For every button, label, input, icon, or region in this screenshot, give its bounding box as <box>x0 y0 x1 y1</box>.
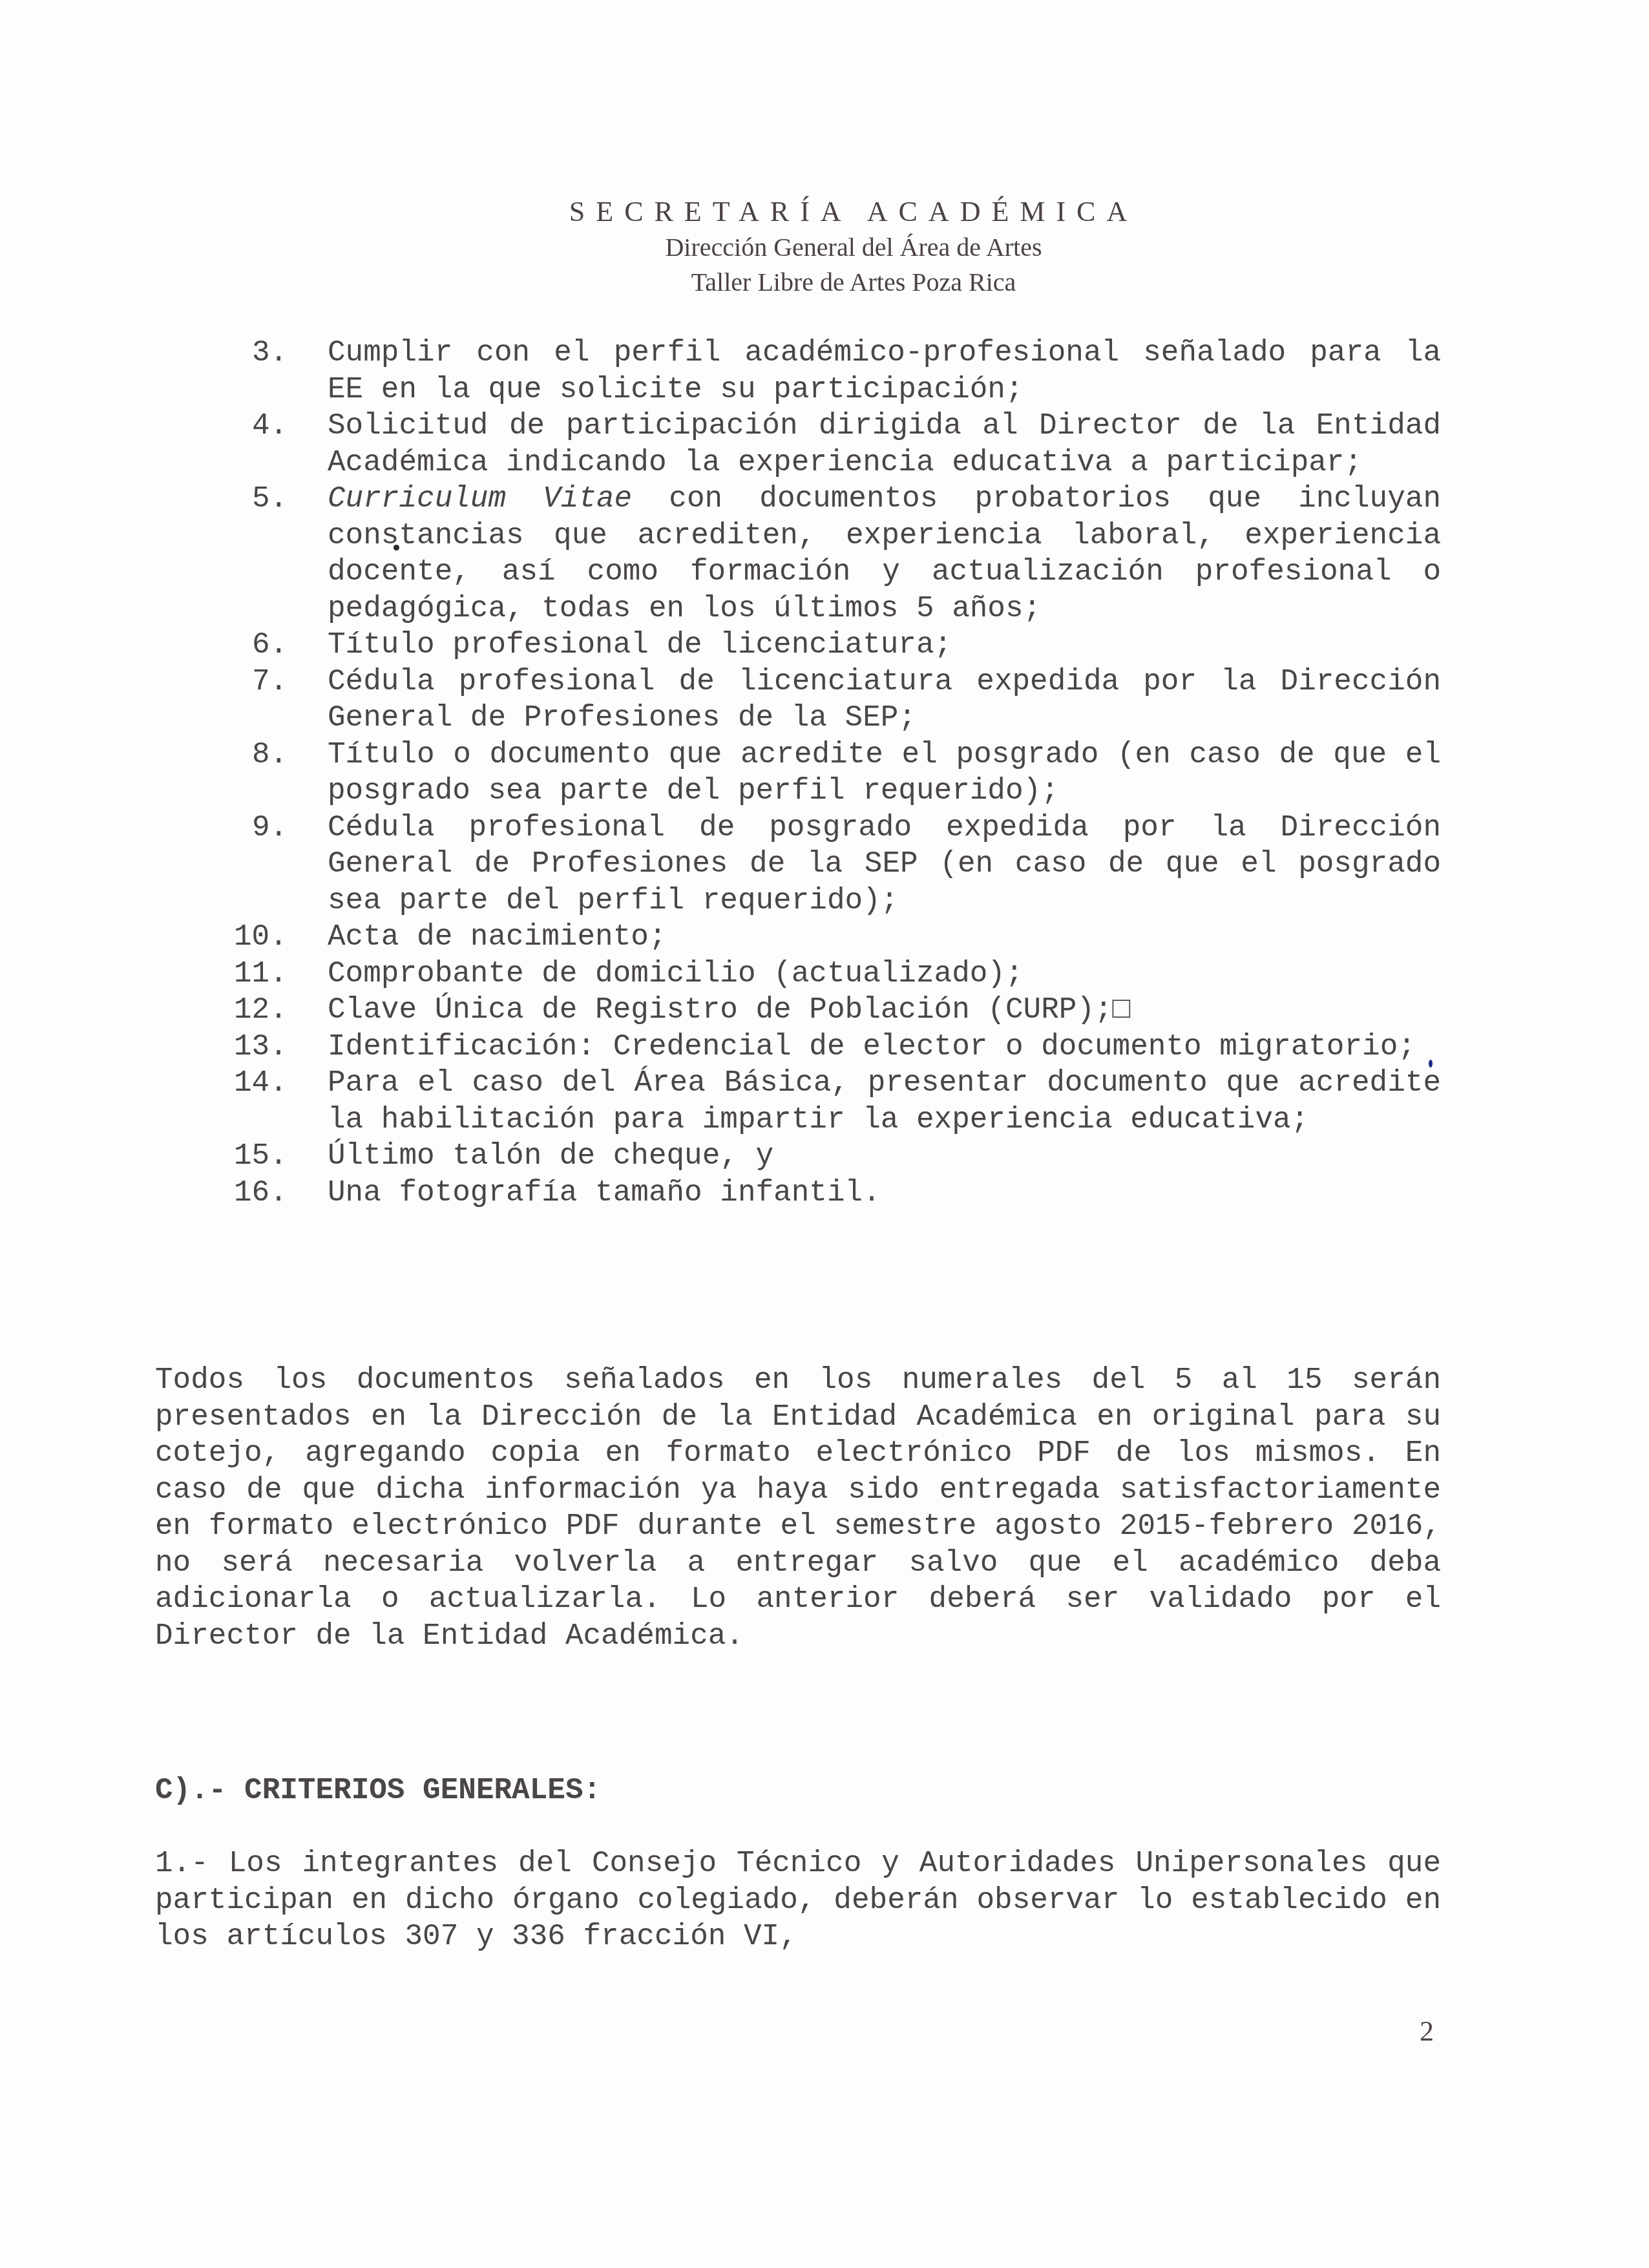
list-item: 5. Curriculum Vitae con documentos proba… <box>252 481 1441 627</box>
list-item: 16. Una fotografía tamaño infantil. <box>252 1175 1441 1212</box>
letterhead-entity: Taller Libre de Artes Poza Rica <box>58 265 1649 300</box>
list-number: 7. <box>252 664 328 700</box>
list-text: Comprobante de domicilio (actualizado); <box>328 956 1441 992</box>
list-number: 4. <box>252 408 328 445</box>
list-text: Para el caso del Área Básica, presentar … <box>328 1065 1441 1138</box>
list-number: 11. <box>234 956 328 992</box>
list-text: Título o documento que acredite el posgr… <box>328 737 1441 810</box>
list-number: 13. <box>234 1029 328 1066</box>
curriculum-vitae-italic: Curriculum Vitae <box>328 482 632 516</box>
list-item: 12. Clave Única de Registro de Población… <box>252 992 1441 1029</box>
list-item: 14. Para el caso del Área Básica, presen… <box>252 1065 1441 1138</box>
list-text: Identificación: Credencial de elector o … <box>328 1029 1441 1066</box>
list-item: 6. Título profesional de licenciatura; <box>252 627 1441 664</box>
list-text: Cumplir con el perfil académico-profesio… <box>328 335 1441 408</box>
list-number: 5. <box>252 481 328 518</box>
list-text: Acta de nacimiento; <box>328 919 1441 956</box>
ink-speck-decoration <box>1429 1060 1433 1067</box>
list-number: 16. <box>234 1175 328 1212</box>
letterhead: SECRETARÍA ACADÉMICA Dirección General d… <box>0 194 1649 300</box>
list-text: Cédula profesional de posgrado expedida … <box>328 810 1441 919</box>
list-text: Cédula profesional de licenciatura exped… <box>328 664 1441 737</box>
list-item: 11. Comprobante de domicilio (actualizad… <box>252 956 1441 992</box>
list-text: Último talón de cheque, y <box>328 1138 1441 1175</box>
letterhead-subtitle: Dirección General del Área de Artes <box>58 230 1649 265</box>
list-number: 9. <box>252 810 328 846</box>
letterhead-title: SECRETARÍA ACADÉMICA <box>58 194 1649 230</box>
list-item: 10. Acta de nacimiento; <box>252 919 1441 956</box>
list-number: 14. <box>234 1065 328 1102</box>
ink-speck-decoration <box>394 545 399 551</box>
list-item: 7. Cédula profesional de licenciatura ex… <box>252 664 1441 737</box>
criterios-paragraph-1: 1.- Los integrantes del Consejo Técnico … <box>155 1845 1441 1955</box>
list-item: 3. Cumplir con el perfil académico-profe… <box>252 335 1441 408</box>
list-item: 15. Último talón de cheque, y <box>252 1138 1441 1175</box>
list-text: Una fotografía tamaño infantil. <box>328 1175 1441 1212</box>
list-number: 15. <box>234 1138 328 1175</box>
list-text: Título profesional de licenciatura; <box>328 627 1441 664</box>
page-number: 2 <box>1420 2015 1434 2048</box>
list-number: 8. <box>252 737 328 773</box>
list-text: Curriculum Vitae con documentos probator… <box>328 481 1441 627</box>
section-heading-criterios-generales: C).- CRITERIOS GENERALES: <box>155 1772 601 1809</box>
list-text: Clave Única de Registro de Población (CU… <box>328 992 1441 1029</box>
list-number: 10. <box>234 919 328 956</box>
list-text: Solicitud de participación dirigida al D… <box>328 408 1441 481</box>
list-number: 3. <box>252 335 328 372</box>
list-item: 4. Solicitud de participación dirigida a… <box>252 408 1441 481</box>
list-item: 8. Título o documento que acredite el po… <box>252 737 1441 810</box>
list-item: 9. Cédula profesional de posgrado expedi… <box>252 810 1441 919</box>
list-number: 6. <box>252 627 328 664</box>
documents-note-paragraph: Todos los documentos señalados en los nu… <box>155 1362 1441 1654</box>
requirements-list: 3. Cumplir con el perfil académico-profe… <box>252 335 1441 1211</box>
list-number: 12. <box>234 992 328 1029</box>
list-item: 13. Identificación: Credencial de electo… <box>252 1029 1441 1066</box>
